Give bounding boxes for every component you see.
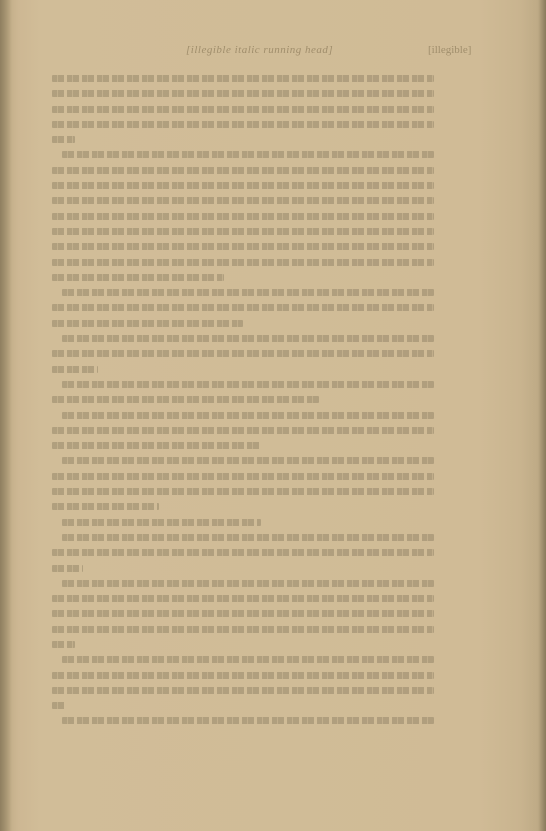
text-line-content: [illegible line 40]: [52, 667, 434, 682]
text-line-content: [illegible line 23]: [52, 407, 434, 422]
text-line-content: [illegible line 42]: [52, 697, 434, 712]
running-head-title: [illegible italic running head]: [186, 44, 296, 56]
text-line: [illegible line 42]: [52, 697, 434, 712]
text-line-content: [illegible line 11]: [52, 223, 434, 238]
text-line-content: [illegible line 35]: [52, 590, 434, 605]
text-line: [illegible line 2]: [52, 85, 434, 100]
text-line-content: [illegible line 1]: [52, 70, 434, 85]
text-line-content: [illegible line 41]: [52, 682, 434, 697]
text-line: [illegible line 21]: [52, 376, 434, 391]
text-line-content: [illegible line 18]: [52, 330, 434, 345]
text-line-content: [illegible line 4]: [52, 116, 434, 131]
text-line-content: [illegible line 13]: [52, 254, 434, 269]
text-line: [illegible line 23]: [52, 407, 434, 422]
text-line-content: [illegible line 31]: [52, 529, 434, 544]
text-line-content: [illegible line 16]: [52, 299, 434, 314]
text-line-content: [illegible line 28]: [52, 483, 434, 498]
body-text: [illegible line 1][illegible line 2][ill…: [52, 70, 434, 728]
text-line-content: [illegible line 36]: [52, 605, 434, 620]
text-line-content: [illegible line 43]: [52, 712, 434, 727]
text-line: [illegible line 35]: [52, 590, 434, 605]
text-line-content: [illegible line 6]: [52, 146, 434, 161]
running-head: [illegible italic running head] [illegib…: [0, 44, 546, 60]
text-line: [illegible line 16]: [52, 299, 434, 314]
text-line: [illegible line 10]: [52, 208, 434, 223]
text-line-content: [illegible line 9]: [52, 192, 434, 207]
text-line-content: [illegible line 39]: [52, 651, 434, 666]
text-line-content: [illegible line 33]: [52, 560, 434, 575]
text-line: [illegible line 17]: [52, 315, 434, 330]
text-line-content: [illegible line 15]: [52, 284, 434, 299]
text-line: [illegible line 15]: [52, 284, 434, 299]
text-line: [illegible line 43]: [52, 712, 434, 727]
page-edge: [538, 0, 546, 831]
text-line: [illegible line 27]: [52, 468, 434, 483]
text-line-content: [illegible line 32]: [52, 544, 434, 559]
book-page: [illegible italic running head] [illegib…: [0, 0, 546, 831]
text-line: [illegible line 13]: [52, 254, 434, 269]
page-number: [illegible]: [428, 44, 452, 56]
text-line: [illegible line 40]: [52, 667, 434, 682]
text-line: [illegible line 34]: [52, 575, 434, 590]
text-line: [illegible line 9]: [52, 192, 434, 207]
text-line-content: [illegible line 5]: [52, 131, 434, 146]
text-line: [illegible line 33]: [52, 560, 434, 575]
text-line-content: [illegible line 17]: [52, 315, 434, 330]
text-line: [illegible line 32]: [52, 544, 434, 559]
text-line-content: [illegible line 3]: [52, 101, 434, 116]
text-line-content: [illegible line 19]: [52, 345, 434, 360]
text-line-content: [illegible line 24]: [52, 422, 434, 437]
text-line-content: [illegible line 10]: [52, 208, 434, 223]
text-line-content: [illegible line 38]: [52, 636, 434, 651]
text-line: [illegible line 30]: [52, 514, 434, 529]
text-line: [illegible line 11]: [52, 223, 434, 238]
text-line-content: [illegible line 30]: [52, 514, 434, 529]
spine-shadow: [0, 0, 12, 831]
text-line-content: [illegible line 25]: [52, 437, 434, 452]
text-line: [illegible line 31]: [52, 529, 434, 544]
text-line-content: [illegible line 2]: [52, 85, 434, 100]
text-line: [illegible line 26]: [52, 452, 434, 467]
text-line: [illegible line 5]: [52, 131, 434, 146]
text-line: [illegible line 41]: [52, 682, 434, 697]
text-line: [illegible line 1]: [52, 70, 434, 85]
text-line-content: [illegible line 26]: [52, 452, 434, 467]
text-line: [illegible line 20]: [52, 361, 434, 376]
text-line: [illegible line 12]: [52, 238, 434, 253]
text-line: [illegible line 25]: [52, 437, 434, 452]
text-line-content: [illegible line 20]: [52, 361, 434, 376]
text-line: [illegible line 28]: [52, 483, 434, 498]
text-line: [illegible line 29]: [52, 498, 434, 513]
text-line-content: [illegible line 22]: [52, 391, 434, 406]
text-line: [illegible line 38]: [52, 636, 434, 651]
text-line-content: [illegible line 14]: [52, 269, 434, 284]
text-line-content: [illegible line 12]: [52, 238, 434, 253]
text-line: [illegible line 7]: [52, 162, 434, 177]
text-line: [illegible line 36]: [52, 605, 434, 620]
text-line: [illegible line 22]: [52, 391, 434, 406]
text-line-content: [illegible line 34]: [52, 575, 434, 590]
text-line: [illegible line 14]: [52, 269, 434, 284]
text-line: [illegible line 37]: [52, 621, 434, 636]
text-line-content: [illegible line 27]: [52, 468, 434, 483]
text-line-content: [illegible line 8]: [52, 177, 434, 192]
text-line: [illegible line 39]: [52, 651, 434, 666]
text-line-content: [illegible line 37]: [52, 621, 434, 636]
text-line: [illegible line 8]: [52, 177, 434, 192]
text-line: [illegible line 4]: [52, 116, 434, 131]
text-line: [illegible line 24]: [52, 422, 434, 437]
text-line: [illegible line 3]: [52, 101, 434, 116]
text-line-content: [illegible line 29]: [52, 498, 434, 513]
text-line: [illegible line 19]: [52, 345, 434, 360]
text-line-content: [illegible line 7]: [52, 162, 434, 177]
text-line: [illegible line 6]: [52, 146, 434, 161]
text-line: [illegible line 18]: [52, 330, 434, 345]
text-line-content: [illegible line 21]: [52, 376, 434, 391]
